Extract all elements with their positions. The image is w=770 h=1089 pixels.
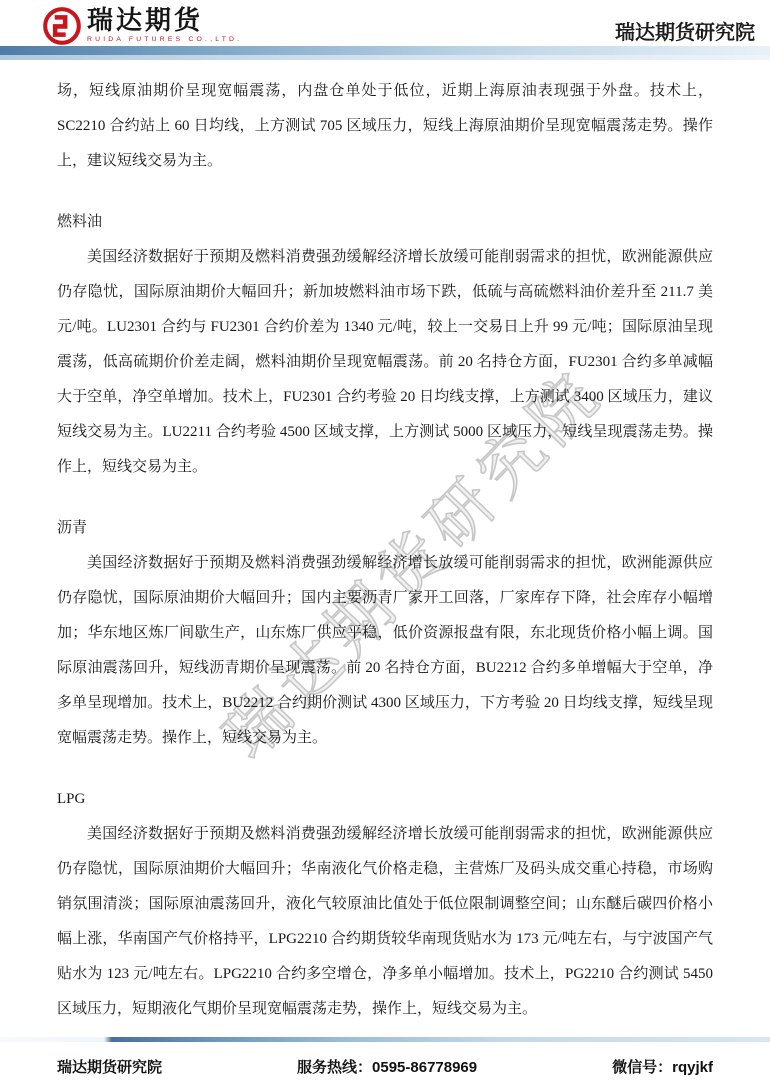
company-logo: 瑞达期货 RUIDA FUTURES CO.,LTD. bbox=[42, 6, 242, 46]
document-page: 瑞达期货研究院 瑞达期货 RUIDA FUTURES CO.,LTD. 瑞达期货… bbox=[0, 0, 770, 1089]
logo-text: 瑞达期货 RUIDA FUTURES CO.,LTD. bbox=[87, 6, 242, 43]
footer-institute: 瑞达期货研究院 bbox=[57, 1056, 162, 1077]
brand-name-en: RUIDA FUTURES CO.,LTD. bbox=[87, 36, 242, 43]
footer-hotline: 服务热线：0595-86778969 bbox=[297, 1056, 477, 1077]
report-body: 场，短线原油期价呈现宽幅震荡，内盘仓单处于低位，近期上海原油表现强于外盘。技术上… bbox=[0, 60, 770, 1088]
header-divider-main bbox=[0, 46, 770, 55]
footer-wechat: 微信号：rqyjkf bbox=[612, 1056, 713, 1077]
section-paragraph: 美国经济数据好于预期及燃料消费强劲缓解经济增长放缓可能削弱需求的担忧，欧洲能源供… bbox=[57, 817, 713, 1027]
logo-emblem-icon bbox=[42, 6, 82, 46]
footer-hotline-number: 0595-86778969 bbox=[372, 1059, 477, 1076]
intro-paragraph: 场，短线原油期价呈现宽幅震荡，内盘仓单处于低位，近期上海原油表现强于外盘。技术上… bbox=[57, 74, 713, 179]
section-asphalt: 沥青 美国经济数据好于预期及燃料消费强劲缓解经济增长放缓可能削弱需求的担忧，欧洲… bbox=[57, 511, 713, 756]
header-divider bbox=[0, 46, 770, 60]
brand-name: 瑞达期货 bbox=[87, 6, 242, 34]
section-heading: LPG bbox=[57, 782, 713, 817]
footer-row: 瑞达期货研究院 服务热线：0595-86778969 微信号：rqyjkf bbox=[0, 1042, 770, 1089]
footer-hotline-label: 服务热线： bbox=[297, 1059, 372, 1076]
section-heading: 燃料油 bbox=[57, 205, 713, 240]
section-heading: 沥青 bbox=[57, 511, 713, 546]
section-paragraph: 美国经济数据好于预期及燃料消费强劲缓解经济增长放缓可能削弱需求的担忧，欧洲能源供… bbox=[57, 546, 713, 756]
footer-wechat-label: 微信号： bbox=[612, 1059, 672, 1076]
section-lpg: LPG 美国经济数据好于预期及燃料消费强劲缓解经济增长放缓可能削弱需求的担忧，欧… bbox=[57, 782, 713, 1027]
section-paragraph: 美国经济数据好于预期及燃料消费强劲缓解经济增长放缓可能削弱需求的担忧，欧洲能源供… bbox=[57, 240, 713, 485]
footer-wechat-id: rqyjkf bbox=[672, 1059, 713, 1076]
page-footer: 瑞达期货研究院 服务热线：0595-86778969 微信号：rqyjkf bbox=[0, 1037, 770, 1089]
page-header: 瑞达期货 RUIDA FUTURES CO.,LTD. 瑞达期货研究院 bbox=[0, 0, 770, 46]
header-institute-title: 瑞达期货研究院 bbox=[615, 16, 755, 46]
section-fuel-oil: 燃料油 美国经济数据好于预期及燃料消费强劲缓解经济增长放缓可能削弱需求的担忧，欧… bbox=[57, 205, 713, 485]
